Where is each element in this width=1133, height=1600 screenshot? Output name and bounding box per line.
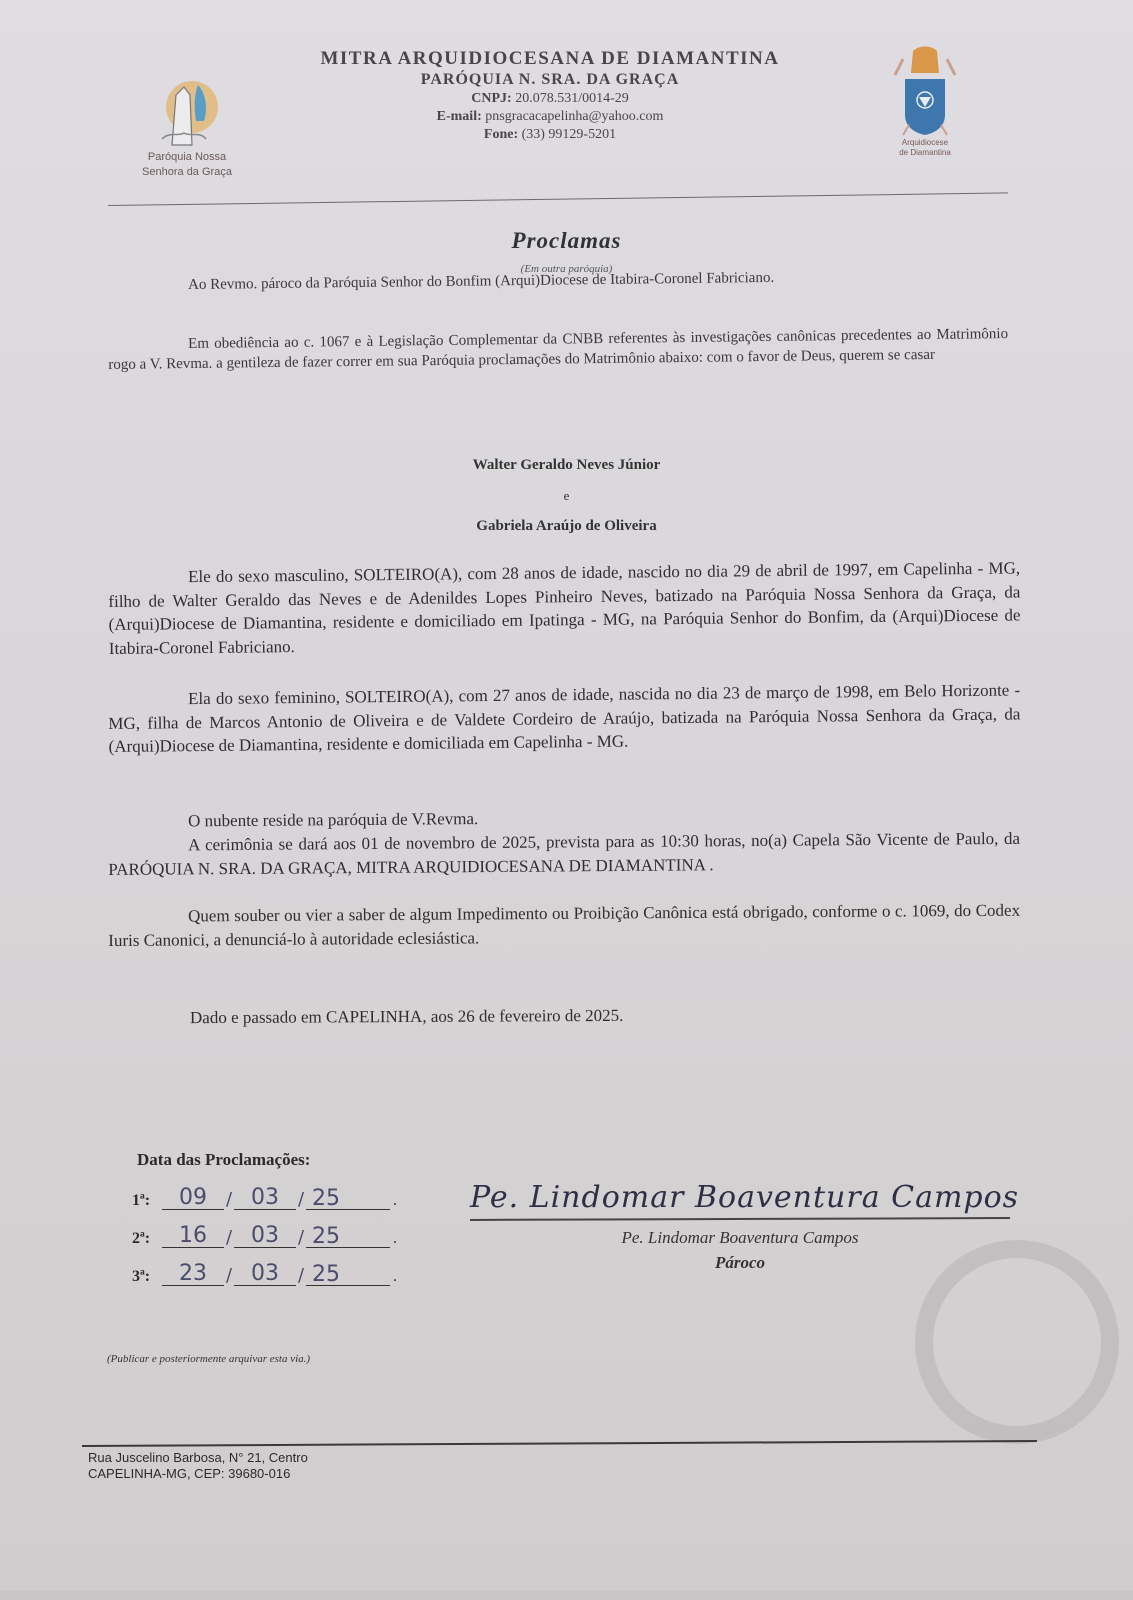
date-day-field[interactable]: 16 (162, 1225, 224, 1248)
proclamation-date-row: 2ª: 16 / 03 / 25 . (132, 1225, 397, 1248)
footer-address: Rua Juscelino Barbosa, N° 21, Centro CAP… (88, 1450, 308, 1482)
document-page: Paróquia Nossa Senhora da Graça MITRA AR… (0, 0, 1133, 1590)
date-year-field[interactable]: 25 (306, 1188, 390, 1210)
handwritten-signature: Pe. Lindomar Boaventura Campos (470, 1180, 1019, 1215)
date-month-field[interactable]: 03 (234, 1263, 296, 1286)
proclamation-date-row: 3ª: 23 / 03 / 25 . (132, 1263, 397, 1286)
date-year-field[interactable]: 25 (306, 1226, 390, 1248)
archdiocese-coat-of-arms-icon (885, 45, 965, 145)
request-paragraph: Em obediência ao c. 1067 e à Legislação … (108, 324, 1008, 375)
footer-divider (82, 1440, 1037, 1447)
date-day-field[interactable]: 09 (162, 1187, 224, 1210)
date-month-field[interactable]: 03 (234, 1225, 296, 1248)
parish-name: PARÓQUIA N. SRA. DA GRAÇA (290, 70, 810, 90)
date-month-field[interactable]: 03 (234, 1187, 296, 1210)
date-day-field[interactable]: 23 (162, 1263, 224, 1286)
cnpj-line: CNPJ: 20.078.531/0014-29 (290, 90, 810, 108)
embossed-seal-icon (915, 1240, 1119, 1444)
groom-paragraph: Ele do sexo masculino, SOLTEIRO(A), com … (108, 556, 1021, 660)
phone-line: Fone: (33) 99129-5201 (290, 126, 810, 144)
proclamation-date-row: 1ª: 09 / 03 / 25 . (132, 1187, 397, 1210)
signer-role: Pároco (560, 1253, 920, 1273)
proclamation-dates-title: Data das Proclamações: (137, 1150, 310, 1170)
document-title: Proclamas (0, 228, 1133, 254)
archive-note: (Publicar e posteriormente arquivar esta… (107, 1353, 310, 1365)
org-name: MITRA ARQUIDIOCESANA DE DIAMANTINA (290, 48, 810, 70)
signature-line (470, 1217, 1010, 1220)
signer-name: Pe. Lindomar Boaventura Campos (560, 1228, 920, 1248)
header-divider (108, 192, 1008, 206)
impediment-paragraph: Quem souber ou vier a saber de algum Imp… (108, 899, 1020, 953)
bride-paragraph: Ela do sexo feminino, SOLTEIRO(A), com 2… (108, 678, 1021, 758)
archdiocese-logo-caption: Arquidiocese de Diamantina (860, 138, 990, 158)
bride-name: Gabriela Araújo de Oliveira (0, 518, 1133, 535)
given-at-line: Dado e passado em CAPELINHA, aos 26 de f… (190, 1006, 623, 1028)
letterhead: MITRA ARQUIDIOCESANA DE DIAMANTINA PARÓQ… (290, 48, 810, 144)
parish-logo-caption: Paróquia Nossa Senhora da Graça (112, 150, 262, 180)
parish-logo-icon (150, 75, 230, 155)
conjunction: e (0, 488, 1133, 504)
email-line: E-mail: pnsgracacapelinha@yahoo.com (290, 108, 810, 126)
groom-name: Walter Geraldo Neves Júnior (0, 457, 1133, 474)
ceremony-paragraph: A cerimônia se dará aos 01 de novembro d… (108, 827, 1020, 881)
date-year-field[interactable]: 25 (306, 1264, 390, 1286)
